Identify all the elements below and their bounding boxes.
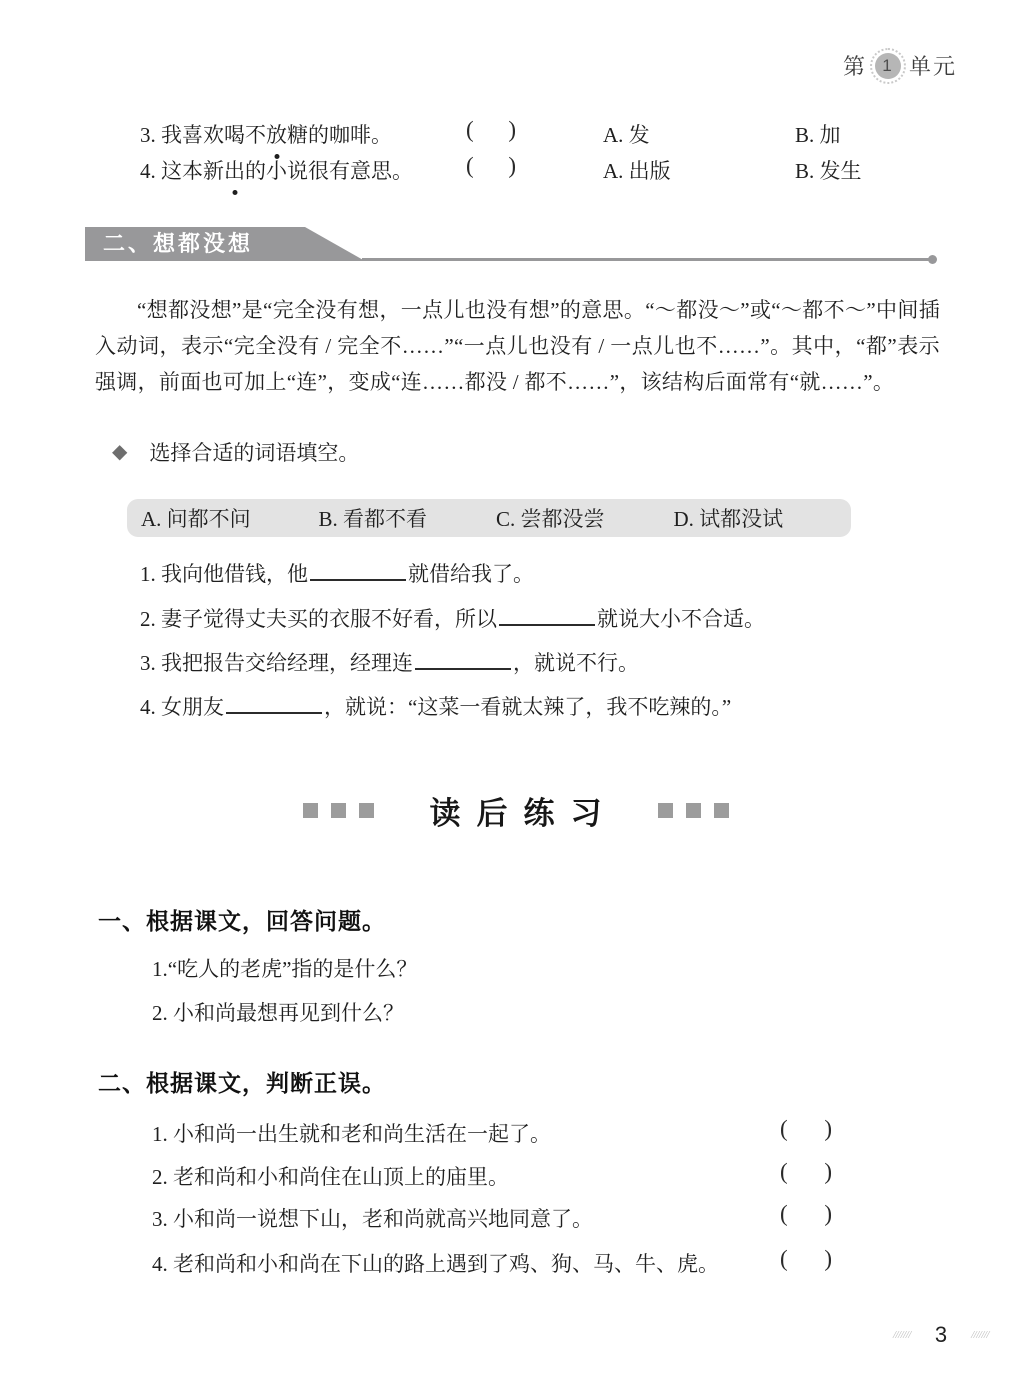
- fill-item-3: 3. 我把报告交给经理，经理连，就说不行。: [140, 647, 639, 677]
- qa-section-heading: 一、根据课文，回答问题。: [98, 903, 386, 936]
- fill-item-1: 1. 我向他借钱，他就借给我了。: [140, 558, 534, 588]
- unit-suffix: 单元: [909, 50, 957, 81]
- blank-line: [310, 560, 406, 581]
- square-icon: [658, 803, 673, 818]
- vocab-sentence: 3. 我喜欢喝不放糖的咖啡。: [140, 123, 392, 147]
- answer-parens: ( ): [466, 153, 516, 179]
- banner-rule-end-dot: [928, 255, 937, 264]
- title-squares-left: [303, 803, 374, 818]
- banner-rule-line: [362, 258, 934, 261]
- option-b: B. 发生: [795, 155, 862, 185]
- answer-parens: ( ): [466, 117, 516, 143]
- unit-number-badge: 1: [875, 53, 901, 79]
- fill-item-4: 4. 女朋友，就说：“这菜一看就太辣了，我不吃辣的。”: [140, 691, 731, 721]
- blank-line: [226, 693, 322, 714]
- page-footer: /////// 3 ///////: [893, 1322, 989, 1348]
- word-options-bar: A. 问都不问 B. 看都不看 C. 尝都没尝 D. 试都没试: [127, 499, 851, 537]
- tf-section-heading: 二、根据课文，判断正误。: [98, 1065, 386, 1098]
- instruction-line: ◆ 选择合适的词语填空。: [112, 437, 359, 467]
- unit-prefix: 第: [843, 50, 867, 81]
- grammar-explanation: “想都没想”是“完全没有想，一点儿也没有想”的意思。“～都没～”或“～都不～”中…: [95, 292, 940, 400]
- vocab-sentence: 4. 这本新出的小说很有意思。: [140, 159, 413, 183]
- option-b: B. 加: [795, 119, 841, 149]
- vocab-item-3: 3. 我喜欢喝不放糖的咖啡。 ( ) A. 发 B. 加: [140, 119, 920, 149]
- word-option-c: C. 尝都没尝: [496, 503, 674, 533]
- square-icon: [303, 803, 318, 818]
- option-a: A. 出版: [603, 155, 671, 185]
- reading-practice-title: 读后练习: [414, 788, 618, 833]
- word-option-d: D. 试都没试: [674, 503, 852, 533]
- question-1: 1.“吃人的老虎”指的是什么？: [152, 953, 417, 983]
- hatch-mark-left: ///////: [893, 1329, 911, 1341]
- option-a: A. 发: [603, 119, 650, 149]
- answer-parens: ( ): [780, 1116, 832, 1142]
- emphasis-char: 出: [224, 155, 245, 185]
- tf-item-4: 4. 老和尚和小和尚在下山的路上遇到了鸡、狗、马、牛、虎。 ( ): [152, 1248, 892, 1278]
- square-icon: [714, 803, 729, 818]
- unit-header: 第 1 单元: [843, 50, 957, 81]
- answer-parens: ( ): [780, 1201, 832, 1227]
- tf-item-3: 3. 小和尚一说想下山，老和尚就高兴地同意了。 ( ): [152, 1203, 892, 1233]
- instruction-text: 选择合适的词语填空。: [149, 437, 359, 467]
- square-icon: [331, 803, 346, 818]
- diamond-bullet-icon: ◆: [112, 442, 127, 462]
- tf-item-1: 1. 小和尚一出生就和老和尚生活在一起了。 ( ): [152, 1118, 892, 1148]
- square-icon: [359, 803, 374, 818]
- answer-parens: ( ): [780, 1246, 832, 1272]
- blank-line: [499, 605, 595, 626]
- question-2: 2. 小和尚最想再见到什么？: [152, 997, 404, 1027]
- square-icon: [686, 803, 701, 818]
- reading-practice-title-row: 读后练习: [0, 788, 1031, 833]
- page-number: 3: [935, 1322, 947, 1348]
- section-banner-title: 二、想都没想: [85, 227, 365, 261]
- word-option-b: B. 看都不看: [319, 503, 497, 533]
- blank-line: [415, 649, 511, 670]
- section-banner: 二、想都没想: [85, 227, 365, 261]
- title-squares-right: [658, 803, 729, 818]
- answer-parens: ( ): [780, 1159, 832, 1185]
- word-option-a: A. 问都不问: [141, 503, 319, 533]
- hatch-mark-right: ///////: [971, 1329, 989, 1341]
- fill-item-2: 2. 妻子觉得丈夫买的衣服不好看，所以就说大小不合适。: [140, 603, 765, 633]
- workbook-page: 第 1 单元 3. 我喜欢喝不放糖的咖啡。 ( ) A. 发 B. 加 4. 这…: [0, 0, 1031, 1399]
- emphasis-char: 放: [266, 119, 287, 149]
- vocab-item-4: 4. 这本新出的小说很有意思。 ( ) A. 出版 B. 发生: [140, 155, 920, 185]
- tf-item-2: 2. 老和尚和小和尚住在山顶上的庙里。 ( ): [152, 1161, 892, 1191]
